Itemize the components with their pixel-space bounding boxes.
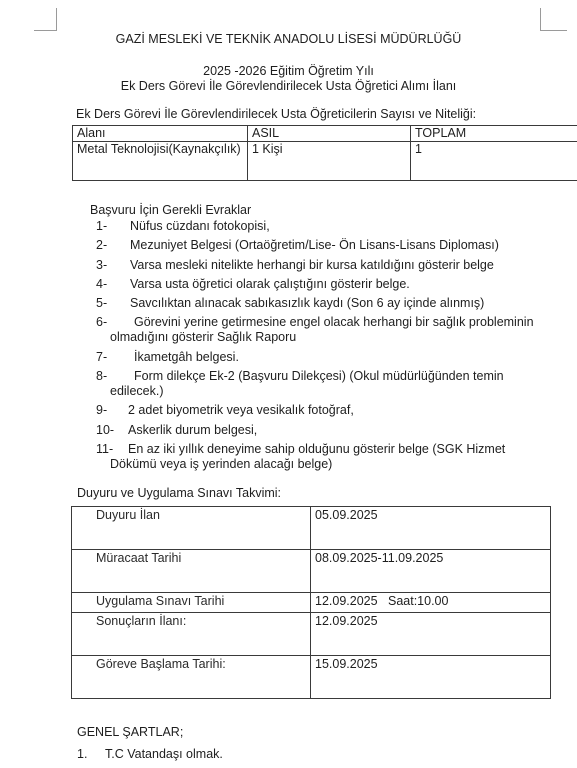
- schedule-value: 12.09.2025 Saat:10.00: [311, 593, 551, 613]
- table-row: Metal Teknolojisi(Kaynakçılık) 1 Kişi 1: [73, 142, 577, 181]
- item-number: 1-: [96, 219, 107, 234]
- item-text: 2 adet biyometrik veya vesikalık fotoğra…: [128, 403, 354, 417]
- documents-title: Başvuru İçin Gerekli Evraklar: [90, 203, 251, 217]
- staff-intro: Ek Ders Görevi İle Görevlendirilecek Ust…: [76, 107, 476, 121]
- list-item: 7-İkametgâh belgesi.: [96, 350, 556, 365]
- item-number: 2-: [96, 238, 107, 253]
- page-corner-mark-top-right: [540, 8, 567, 31]
- list-item: 10-Askerlik durum belgesi,: [96, 423, 556, 438]
- announcement-title: Ek Ders Görevi İle Görevlendirilecek Ust…: [0, 79, 577, 93]
- table-row: Göreve Başlama Tarihi:15.09.2025: [72, 656, 551, 699]
- item-number: 1.: [77, 747, 105, 761]
- item-number: 6-: [96, 315, 107, 330]
- item-number: 7-: [96, 350, 107, 365]
- cell-field: Metal Teknolojisi(Kaynakçılık): [73, 142, 248, 181]
- item-number: 5-: [96, 296, 107, 311]
- table-row: Sonuçların İlanı:12.09.2025: [72, 613, 551, 656]
- item-number: 11-: [96, 442, 113, 457]
- list-item: 4-Varsa usta öğretici olarak çalıştığını…: [96, 277, 556, 292]
- schedule-value: 08.09.2025-11.09.2025: [311, 550, 551, 593]
- cell-total: 1: [411, 142, 577, 181]
- general-conditions-title: GENEL ŞARTLAR;: [77, 725, 183, 739]
- item-text: Varsa usta öğretici olarak çalıştığını g…: [130, 277, 410, 291]
- schedule-label: Müracaat Tarihi: [72, 550, 311, 593]
- item-text-continued: Dökümü veya iş yerinden alacağı belge): [110, 457, 556, 472]
- list-item: 5-Savcılıktan alınacak sabıkasızlık kayd…: [96, 296, 556, 311]
- list-item: 1-Nüfus cüzdanı fotokopisi,: [96, 219, 556, 234]
- item-number: 10-: [96, 423, 114, 438]
- cell-primary: 1 Kişi: [248, 142, 411, 181]
- item-text-continued: edilecek.): [110, 384, 556, 399]
- item-text: Askerlik durum belgesi,: [128, 423, 257, 437]
- schedule-value: 15.09.2025: [311, 656, 551, 699]
- schedule-label: Sonuçların İlanı:: [72, 613, 311, 656]
- schedule-table: Duyuru İlan05.09.2025Müracaat Tarihi08.0…: [71, 506, 551, 699]
- academic-year: 2025 -2026 Eğitim Öğretim Yılı: [0, 64, 577, 78]
- list-item: 3-Varsa mesleki nitelikte herhangi bir k…: [96, 258, 556, 273]
- staff-table: Alanı ASIL TOPLAM Metal Teknolojisi(Kayn…: [72, 125, 577, 181]
- item-text: Görevini yerine getirmesine engel olacak…: [134, 315, 534, 329]
- item-number: 8-: [96, 369, 107, 384]
- item-text: İkametgâh belgesi.: [134, 350, 239, 364]
- item-number: 9-: [96, 403, 107, 418]
- item-number: 3-: [96, 258, 107, 273]
- page-corner-mark-top-left: [34, 8, 57, 31]
- item-number: 4-: [96, 277, 107, 292]
- header-total: TOPLAM: [411, 126, 577, 142]
- item-text: Nüfus cüzdanı fotokopisi,: [130, 219, 270, 233]
- general-condition-item: 1.T.C Vatandaşı olmak.: [77, 747, 223, 761]
- list-item: 9-2 adet biyometrik veya vesikalık fotoğ…: [96, 403, 556, 418]
- item-text-continued: olmadığını gösterir Sağlık Raporu: [110, 330, 556, 345]
- staff-table-header: Alanı ASIL TOPLAM: [73, 126, 577, 142]
- item-text: En az iki yıllık deneyime sahip olduğunu…: [128, 442, 505, 456]
- schedule-value: 12.09.2025: [311, 613, 551, 656]
- item-text: Savcılıktan alınacak sabıkasızlık kaydı …: [130, 296, 484, 310]
- list-item: 6-Görevini yerine getirmesine engel olac…: [96, 315, 556, 345]
- header-primary: ASIL: [248, 126, 411, 142]
- table-row: Müracaat Tarihi08.09.2025-11.09.2025: [72, 550, 551, 593]
- item-text: Form dilekçe Ek-2 (Başvuru Dilekçesi) (O…: [134, 369, 504, 383]
- schedule-value: 05.09.2025: [311, 507, 551, 550]
- documents-list: 1-Nüfus cüzdanı fotokopisi,2-Mezuniyet B…: [96, 219, 556, 476]
- item-text: Varsa mesleki nitelikte herhangi bir kur…: [130, 258, 494, 272]
- school-title: GAZİ MESLEKİ VE TEKNİK ANADOLU LİSESİ MÜ…: [0, 32, 577, 46]
- header-field: Alanı: [73, 126, 248, 142]
- list-item: 11-En az iki yıllık deneyime sahip olduğ…: [96, 442, 556, 472]
- schedule-title: Duyuru ve Uygulama Sınavı Takvimi:: [77, 486, 281, 500]
- schedule-label: Göreve Başlama Tarihi:: [72, 656, 311, 699]
- list-item: 2-Mezuniyet Belgesi (Ortaöğretim/Lise- Ö…: [96, 238, 556, 253]
- table-row: Uygulama Sınavı Tarihi12.09.2025 Saat:10…: [72, 593, 551, 613]
- schedule-label: Uygulama Sınavı Tarihi: [72, 593, 311, 613]
- list-item: 8-Form dilekçe Ek-2 (Başvuru Dilekçesi) …: [96, 369, 556, 399]
- item-text: Mezuniyet Belgesi (Ortaöğretim/Lise- Ön …: [130, 238, 499, 252]
- table-row: Duyuru İlan05.09.2025: [72, 507, 551, 550]
- schedule-label: Duyuru İlan: [72, 507, 311, 550]
- item-text: T.C Vatandaşı olmak.: [105, 747, 223, 761]
